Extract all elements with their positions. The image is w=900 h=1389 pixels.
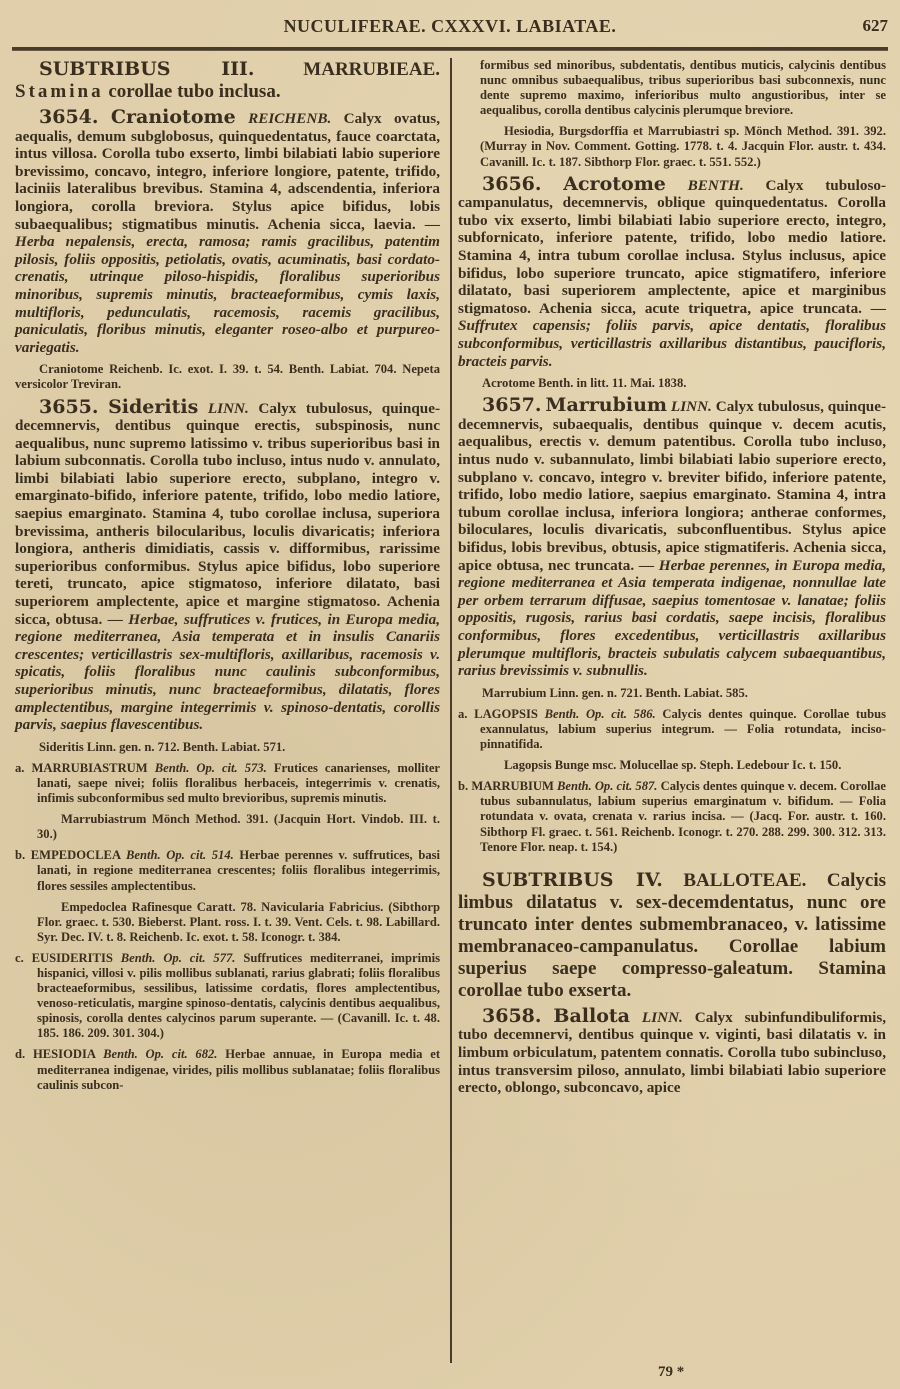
subtribus-label: SUBTRIBUS III. <box>39 58 254 80</box>
genus-number: 3654. <box>39 106 99 128</box>
genus-habit: Herbae perennes, in Europa media, region… <box>458 557 886 680</box>
section-references: Marrubiastrum Mönch Method. 391. (Jacqui… <box>37 812 440 842</box>
section-references: Lagopsis Bunge msc. Molucellae sp. Steph… <box>480 758 886 773</box>
genus-description: Calyx tubulosus, quinque-decemnervis, su… <box>458 398 886 573</box>
genus-author: LINN. <box>671 398 712 415</box>
genus-number: 3655. <box>39 396 99 418</box>
genus-references: Craniotome Reichenb. Ic. exot. I. 39. t.… <box>15 362 440 392</box>
genus-name: Marrubium <box>545 394 667 416</box>
genus-author: LINN. <box>642 1009 683 1026</box>
section-name: EMPEDOCLEA <box>31 848 121 862</box>
section-citation: Benth. Op. cit. 573. <box>155 761 267 775</box>
section-citation: Benth. Op. cit. 682. <box>103 1047 217 1061</box>
section-references: Empedoclea Rafinesque Caratt. 78. Navicu… <box>37 900 440 945</box>
section-name: MARRUBIUM <box>471 779 554 793</box>
genus-name: Sideritis <box>108 396 198 418</box>
section-letter: a. <box>458 707 467 721</box>
running-title: NUCULIFERAE. CXXXVI. LABIATAE. <box>0 16 900 37</box>
header-rule <box>12 47 888 51</box>
section-name: MARRUBIASTRUM <box>32 761 148 775</box>
page-number: 627 <box>863 16 889 36</box>
genus-name: Ballota <box>553 1005 630 1027</box>
column-divider <box>450 58 452 1363</box>
subtribus-iv-heading: SUBTRIBUS IV. BALLOTEAE. Calycis limbus … <box>458 869 886 1002</box>
genus-entry-3658: 3658. Ballota LINN. Calyx subinfundibuli… <box>458 1008 886 1097</box>
running-head: NUCULIFERAE. CXXXVI. LABIATAE. 627 <box>0 14 900 42</box>
section-citation: Benth. Op. cit. 577. <box>121 951 236 965</box>
signature-mark: 79 * <box>658 1364 684 1381</box>
subtribus-name: BALLOTEAE. <box>683 870 806 891</box>
genus-number: 3658. <box>482 1005 542 1027</box>
subtribus-label: SUBTRIBUS IV. <box>482 869 663 891</box>
section-letter: d. <box>15 1047 25 1061</box>
genus-author: BENTH. <box>688 177 744 194</box>
section-name: EUSIDERITIS <box>32 951 113 965</box>
section-letter: a. <box>15 761 24 775</box>
section-entry-b: b. MARRUBIUM Benth. Op. cit. 587. Calyci… <box>458 779 886 854</box>
genus-description: Calyx tubuloso-campanulatus, decemnervis… <box>458 177 886 317</box>
section-entry-c: c. EUSIDERITIS Benth. Op. cit. 577. Suff… <box>15 951 440 1042</box>
book-page: NUCULIFERAE. CXXXVI. LABIATAE. 627 SUBTR… <box>0 0 900 1389</box>
section-citation: Benth. Op. cit. 514. <box>126 848 234 862</box>
section-entry-a: a. LAGOPSIS Benth. Op. cit. 586. Calycis… <box>458 707 886 752</box>
section-text: Herbae annuae, in Europa media et medite… <box>37 1047 440 1091</box>
genus-name: Craniotome <box>111 106 236 128</box>
genus-references: Sideritis Linn. gen. n. 712. Benth. Labi… <box>15 740 440 755</box>
genus-author: LINN. <box>208 400 249 417</box>
section-citation: Benth. Op. cit. 587. <box>557 779 657 793</box>
genus-entry-3656: 3656. Acrotome BENTH. Calyx tubuloso-cam… <box>458 176 886 371</box>
left-column: SUBTRIBUS III. MARRUBIEAE. Stamina corol… <box>15 58 440 1099</box>
genus-entry-3654: 3654. Craniotome REICHENB. Calyx ovatus,… <box>15 109 440 356</box>
right-column: formibus sed minoribus, subdentatis, den… <box>458 58 886 1103</box>
subtribus-text: corollae tubo inclusa. <box>108 81 280 102</box>
subtribus-iii-heading: SUBTRIBUS III. MARRUBIEAE. Stamina corol… <box>15 58 440 103</box>
section-letter: b. <box>458 779 468 793</box>
section-text: Calycis dentes quinque. Corollae tubus e… <box>480 707 886 751</box>
genus-references: Marrubium Linn. gen. n. 721. Benth. Labi… <box>458 686 886 701</box>
section-entry-a: a. MARRUBIASTRUM Benth. Op. cit. 573. Fr… <box>15 761 440 806</box>
section-entry-b: b. EMPEDOCLEA Benth. Op. cit. 514. Herba… <box>15 848 440 893</box>
section-name: LAGOPSIS <box>474 707 538 721</box>
genus-number: 3656. <box>482 173 542 195</box>
section-letter: b. <box>15 848 25 862</box>
genus-entry-3657: 3657. Marrubium LINN. Calyx tubulosus, q… <box>458 397 886 680</box>
genus-number: 3657. <box>482 394 542 416</box>
genus-entry-3655: 3655. Sideritis LINN. Calyx tubulosus, q… <box>15 399 440 734</box>
subtribus-name: MARRUBIEAE. <box>303 59 440 80</box>
subtribus-keyword: Stamina <box>15 81 104 102</box>
genus-description: Calyx ovatus, aequalis, demum subglobosu… <box>15 110 440 233</box>
section-name: HESIODIA <box>33 1047 95 1061</box>
genus-habit: Herba nepalensis, erecta, ramosa; ramis … <box>15 233 440 356</box>
genus-description: Calyx tubulosus, quinque-decemnervis, de… <box>15 400 440 628</box>
genus-habit: Herbae, suffrutices v. frutices, in Euro… <box>15 611 440 734</box>
section-letter: c. <box>15 951 24 965</box>
section-entry-d: d. HESIODIA Benth. Op. cit. 682. Herbae … <box>15 1047 440 1092</box>
genus-references: Acrotome Benth. in litt. 11. Mai. 1838. <box>458 376 886 391</box>
section-continuation: formibus sed minoribus, subdentatis, den… <box>480 58 886 118</box>
genus-name: Acrotome <box>563 173 666 195</box>
section-references: Hesiodia, Burgsdorffia et Marrubiastri s… <box>480 124 886 169</box>
genus-habit: Suffrutex capensis; foliis parvis, apice… <box>458 317 886 369</box>
section-citation: Benth. Op. cit. 586. <box>545 707 656 721</box>
genus-author: REICHENB. <box>248 110 331 127</box>
